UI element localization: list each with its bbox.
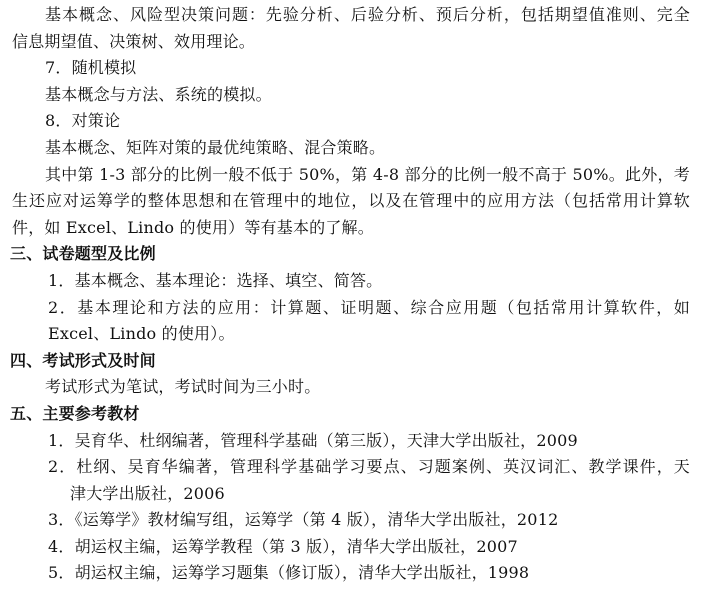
paragraph-line: 基本概念、矩阵对策的最优纯策略、混合策略。 xyxy=(0,135,710,162)
paragraph-line: 件，如 Excel、Lindo 的使用）等有基本的了解。 xyxy=(0,215,710,242)
paragraph-line: 考试形式为笔试，考试时间为三小时。 xyxy=(0,374,710,401)
reference-item-continuation: 津大学出版社，2006 xyxy=(0,481,710,508)
reference-item: 4．胡运权主编，运筹学教程（第 3 版），清华大学出版社，2007 xyxy=(0,534,710,561)
list-item: 1．基本概念、基本理论：选择、填空、简答。 xyxy=(0,268,710,295)
paragraph-line: 其中第 1-3 部分的比例一般不低于 50%，第 4-8 部分的比例一般不高于 … xyxy=(0,162,690,189)
paragraph-line: 基本概念、风险型决策问题：先验分析、后验分析、预后分析，包括期望值准则、完全 xyxy=(0,2,690,29)
subsection-title: 8．对策论 xyxy=(0,108,710,135)
reference-item: 1．吴育华、杜纲编著，管理科学基础（第三版），天津大学出版社，2009 xyxy=(0,428,710,455)
section-heading: 三、试卷题型及比例 xyxy=(0,241,710,268)
reference-item: 5．胡运权主编，运筹学习题集（修订版），清华大学出版社，1998 xyxy=(0,560,710,587)
paragraph-line: 信息期望值、决策树、效用理论。 xyxy=(0,29,710,56)
list-item-continuation: Excel、Lindo 的使用）。 xyxy=(0,321,710,348)
paragraph-line: 生还应对运筹学的整体思想和在管理中的地位，以及在管理中的应用方法（包括常用计算软 xyxy=(0,188,690,215)
reference-item: 2．杜纲、吴育华编著，管理科学基础学习要点、习题案例、英汉词汇、教学课件，天 xyxy=(0,454,690,481)
paragraph-line: 基本概念与方法、系统的模拟。 xyxy=(0,82,710,109)
subsection-title: 7．随机模拟 xyxy=(0,55,710,82)
document-page: 基本概念、风险型决策问题：先验分析、后验分析、预后分析，包括期望值准则、完全 信… xyxy=(0,0,710,587)
section-heading: 四、考试形式及时间 xyxy=(0,348,710,375)
reference-item: 3．《运筹学》教材编写组，运筹学（第 4 版），清华大学出版社，2012 xyxy=(0,507,710,534)
section-heading: 五、主要参考教材 xyxy=(0,401,710,428)
list-item: 2．基本理论和方法的应用：计算题、证明题、综合应用题（包括常用计算软件，如 xyxy=(0,295,690,322)
